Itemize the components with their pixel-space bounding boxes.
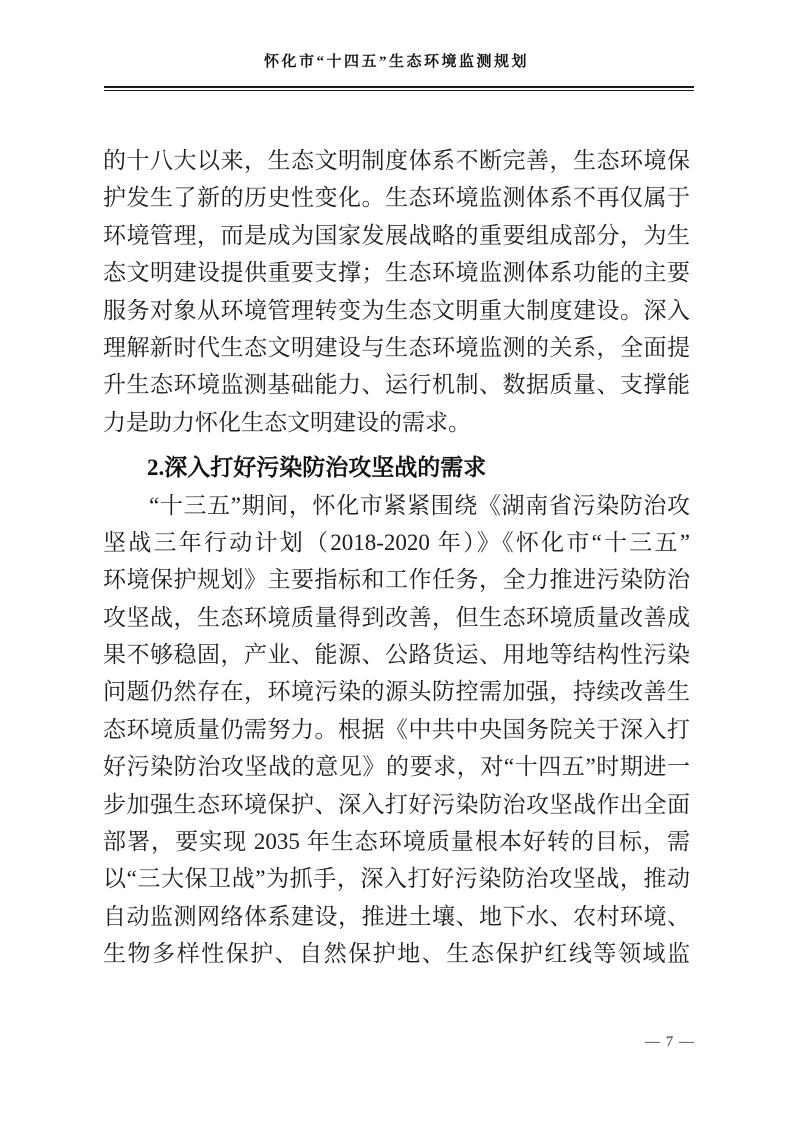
header-rule <box>104 86 694 91</box>
text-line: 生物多样性保护、自然保护地、生态保护红线等领域监测， <box>103 935 690 972</box>
paragraph-continuation: 的十八大以来，生态文明制度体系不断完善，生态环境保 护发生了新的历史性变化。生态… <box>103 142 690 441</box>
text-line: 理解新时代生态文明建设与生态环境监测的关系，全面提 <box>103 329 690 366</box>
text-line: 攻坚战，生态环境质量得到改善，但生态环境质量改善成 <box>103 599 690 636</box>
text-line: 问题仍然存在，环境污染的源头防控需加强，持续改善生 <box>103 673 690 710</box>
text-line: 步加强生态环境保护、深入打好污染防治攻坚战作出全面 <box>103 786 690 823</box>
text-line: 自动监测网络体系建设，推进土壤、地下水、农村环境、 <box>103 898 690 935</box>
section-heading: 2.深入打好污染防治攻坚战的需求 <box>103 449 690 486</box>
text-line: 好污染防治攻坚战的意见》的要求，对“十四五”时期进一 <box>103 748 690 785</box>
text-line: 坚战三年行动计划（2018-2020 年）》《怀化市“十三五” <box>103 524 690 561</box>
paragraph-2: “十三五”期间，怀化市紧紧围绕《湖南省污染防治攻 坚战三年行动计划（2018-2… <box>103 487 690 973</box>
text-line: 果不够稳固，产业、能源、公路货运、用地等结构性污染 <box>103 636 690 673</box>
page-header-title: 怀化市“十四五”生态环境监测规划 <box>103 50 690 71</box>
page-number: — 7 — <box>103 1034 695 1051</box>
text-line: 态文明建设提供重要支撑；生态环境监测体系功能的主要 <box>103 254 690 291</box>
text-line: 力是助力怀化生态文明建设的需求。 <box>103 404 690 441</box>
document-page: 怀化市“十四五”生态环境监测规划 的十八大以来，生态文明制度体系不断完善，生态环… <box>0 0 793 1122</box>
text-line: 的十八大以来，生态文明制度体系不断完善，生态环境保 <box>103 142 690 179</box>
text-line: 部署，要实现 2035 年生态环境质量根本好转的目标，需 <box>103 823 690 860</box>
text-line: “十三五”期间，怀化市紧紧围绕《湖南省污染防治攻 <box>103 487 690 524</box>
text-line: 护发生了新的历史性变化。生态环境监测体系不再仅属于 <box>103 179 690 216</box>
text-line: 升生态环境监测基础能力、运行机制、数据质量、支撑能 <box>103 366 690 403</box>
text-line: 服务对象从环境管理转变为生态文明重大制度建设。深入 <box>103 292 690 329</box>
text-line: 态环境质量仍需努力。根据《中共中央国务院关于深入打 <box>103 711 690 748</box>
document-body: 的十八大以来，生态文明制度体系不断完善，生态环境保 护发生了新的历史性变化。生态… <box>103 142 690 973</box>
text-line: 环境保护规划》主要指标和工作任务，全力推进污染防治 <box>103 561 690 598</box>
text-line: 环境管理，而是成为国家发展战略的重要组成部分，为生 <box>103 217 690 254</box>
text-line: 以“三大保卫战”为抓手，深入打好污染防治攻坚战，推动 <box>103 860 690 897</box>
